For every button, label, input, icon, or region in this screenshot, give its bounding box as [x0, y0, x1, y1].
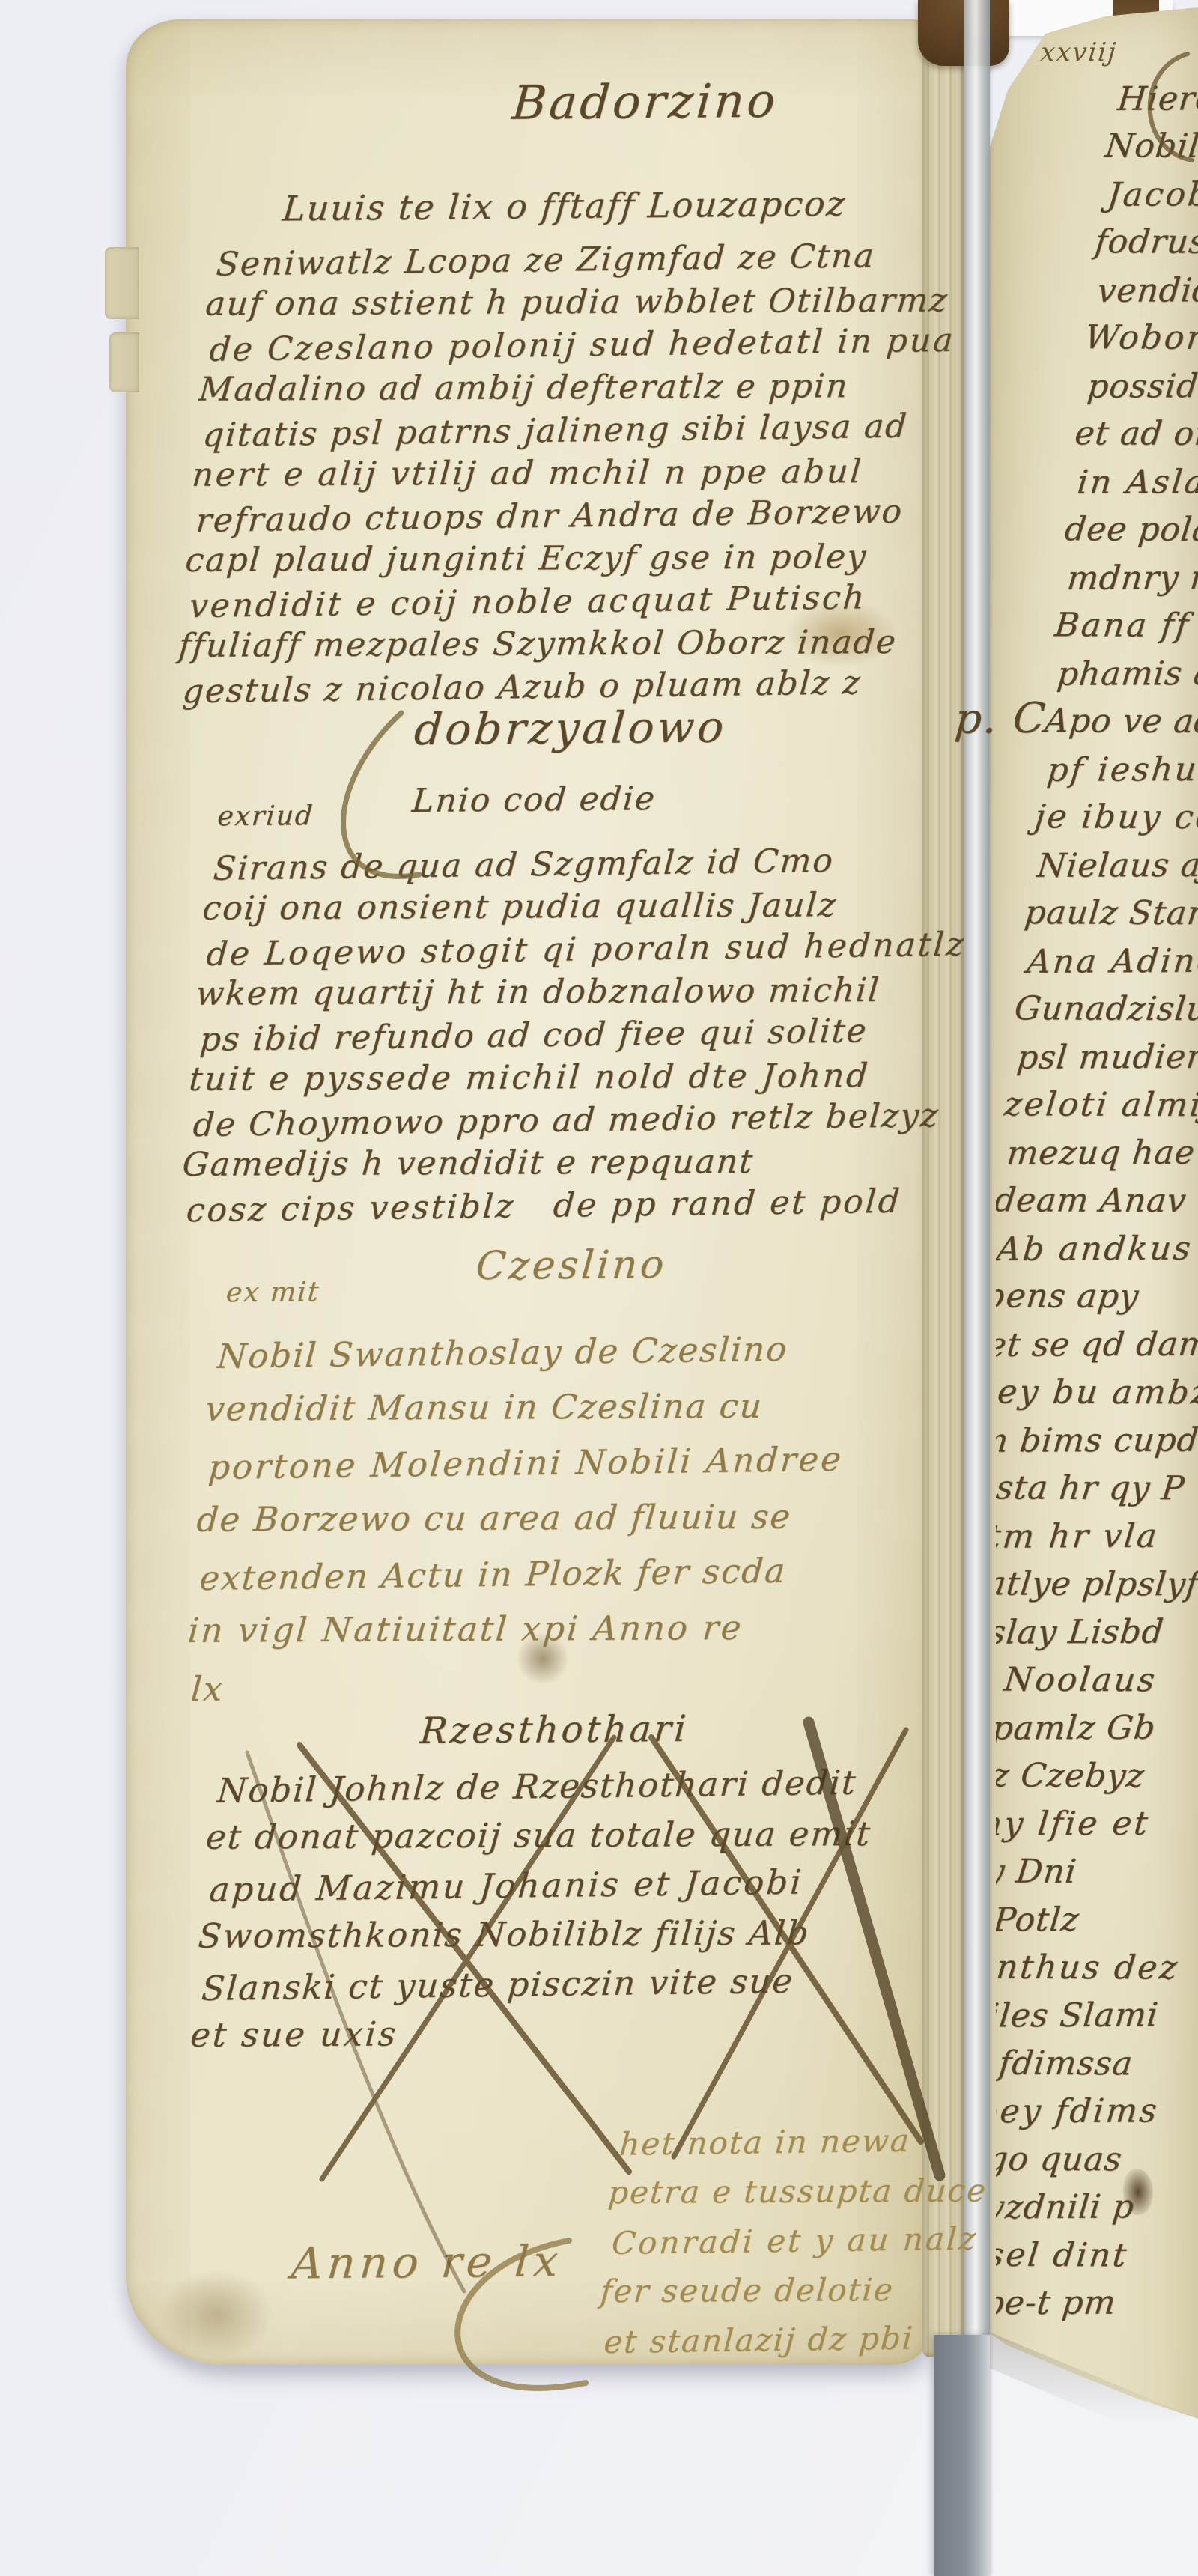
parchment-repair-tab	[105, 247, 139, 319]
page-edge-stack	[922, 13, 966, 2357]
parchment-repair-tab	[109, 332, 139, 392]
photograph-of-manuscript: { "photo_title": "Opened medieval regist…	[0, 0, 1198, 2576]
binding-leather	[918, 0, 1009, 66]
left-manuscript-page	[126, 19, 928, 2365]
right-manuscript-page	[985, 0, 1198, 2576]
glass-rod-page-holder	[934, 2335, 990, 2576]
glass-rod-page-holder	[964, 0, 990, 2576]
